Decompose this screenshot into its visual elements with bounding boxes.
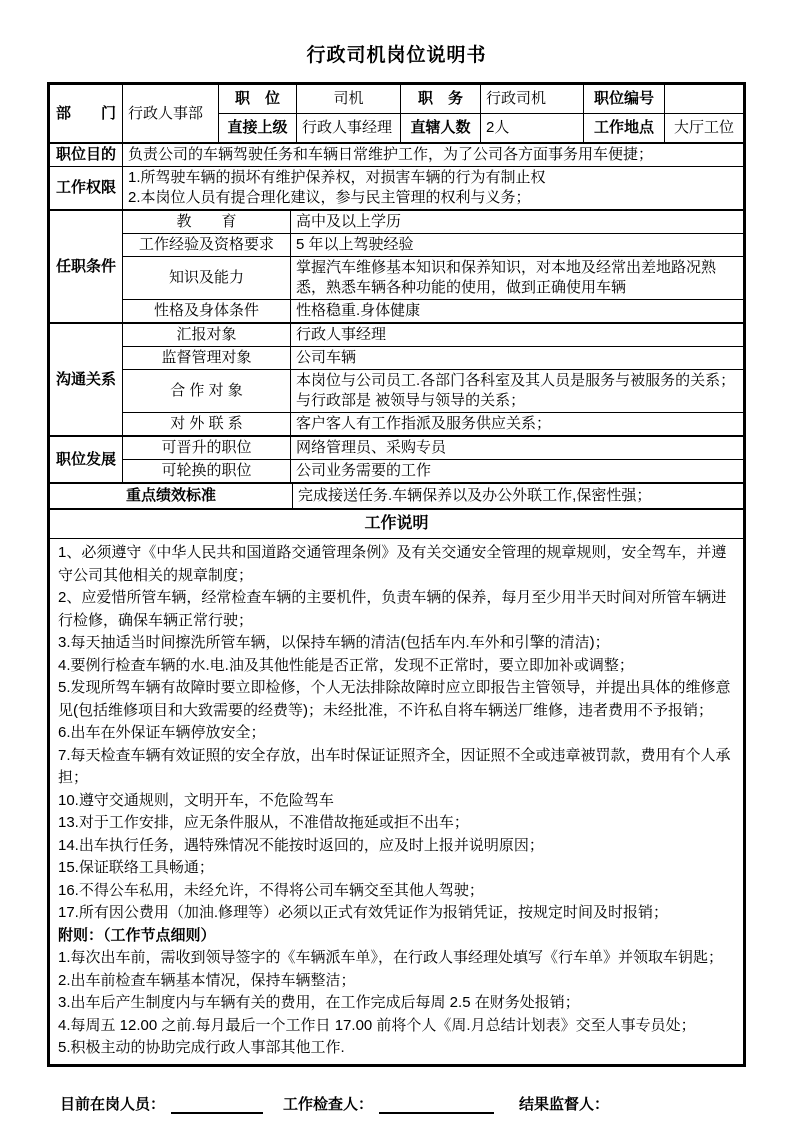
department-value: 行政人事部 bbox=[123, 85, 219, 143]
work-item: 16.不得公车私用，未经允许，不得将公司车辆交至其他人驾驶； bbox=[58, 880, 735, 903]
performance-value: 完成接送任务.车辆保养以及办公外联工作,保密性强； bbox=[293, 484, 744, 509]
work-description-content: 1、必须遵守《中华人民共和国道路交通管理条例》及有关交通安全管理的规章规则，安全… bbox=[50, 539, 744, 1065]
experience-label: 工作经验及资格要求 bbox=[123, 234, 291, 257]
rotation-label: 可轮换的职位 bbox=[123, 460, 291, 483]
work-item: 5.发现所驾车辆有故障时要立即检修，个人无法排除故障时应立即报告主管领导，并提出… bbox=[58, 677, 735, 722]
direct-superior-value: 行政人事经理 bbox=[297, 114, 401, 143]
work-location-value: 大厅工位 bbox=[665, 114, 744, 143]
work-item: 14.出车执行任务，遇特殊情况不能按时返回的，应及时上报并说明原因； bbox=[58, 835, 735, 858]
work-item: 2、应爱惜所管车辆，经常检查车辆的主要机件，负责车辆的保养，每月至少用半天时间对… bbox=[58, 587, 735, 632]
character-value: 性格稳重.身体健康 bbox=[291, 300, 744, 323]
external-contact-value: 客户客人有工作指派及服务供应关系； bbox=[291, 413, 744, 436]
current-staff-label: 目前在岗人员： bbox=[60, 1093, 165, 1114]
performance-label: 重点绩效标准 bbox=[50, 484, 293, 509]
work-description-section: 工作说明 1、必须遵守《中华人民共和国道路交通管理条例》及有关交通安全管理的规章… bbox=[49, 509, 744, 1065]
authority-label: 工作权限 bbox=[50, 167, 123, 210]
cooperation-label: 合 作 对 象 bbox=[123, 370, 291, 413]
appendix-item: 5.积极主动的协助完成行政人事部其他工作. bbox=[58, 1037, 735, 1060]
authority-line: 2.本岗位人员有提合理化建议，参与民主管理的权利与义务； bbox=[128, 188, 738, 208]
appendix-item: 4.每周五 12.00 之前.每月最后一个工作日 17.00 前将个人《周.月总… bbox=[58, 1015, 735, 1038]
rotation-value: 公司业务需要的工作 bbox=[291, 460, 744, 483]
position-label: 职 位 bbox=[219, 85, 297, 114]
authority-line: 1.所驾驶车辆的损坏有维护保养权，对损害车辆的行为有制止权 bbox=[128, 168, 738, 188]
position-code-value bbox=[665, 85, 744, 114]
header-section: 部 门 行政人事部 职 位 司机 职 务 行政司机 职位编号 直接上级 行政人事… bbox=[49, 84, 744, 143]
communication-section: 沟通关系 汇报对象 行政人事经理 监督管理对象 公司车辆 合 作 对 象 本岗位… bbox=[49, 323, 744, 436]
job-description-table: 部 门 行政人事部 职 位 司机 职 务 行政司机 职位编号 直接上级 行政人事… bbox=[47, 82, 746, 1067]
subordinates-value: 2人 bbox=[481, 114, 584, 143]
experience-value: 5 年以上驾驶经验 bbox=[291, 234, 744, 257]
current-staff-blank bbox=[171, 1097, 263, 1114]
work-description-title: 工作说明 bbox=[50, 510, 744, 539]
promotion-value: 网络管理员、采购专员 bbox=[291, 437, 744, 460]
work-item: 15.保证联络工具畅通； bbox=[58, 857, 735, 880]
duty-label: 职 务 bbox=[401, 85, 481, 114]
education-value: 高中及以上学历 bbox=[291, 211, 744, 234]
external-contact-label: 对 外 联 系 bbox=[123, 413, 291, 436]
department-label: 部 门 bbox=[50, 85, 123, 143]
purpose-label: 职位目的 bbox=[50, 144, 123, 167]
report-to-value: 行政人事经理 bbox=[291, 324, 744, 347]
purpose-value: 负责公司的车辆驾驶任务和车辆日常维护工作，为了公司各方面事务用车便捷； bbox=[123, 144, 744, 167]
work-item: 1、必须遵守《中华人民共和国道路交通管理条例》及有关交通安全管理的规章规则，安全… bbox=[58, 542, 735, 587]
communication-label: 沟通关系 bbox=[50, 324, 123, 436]
work-item: 7.每天检查车辆有效证照的安全存放，出车时保证证照齐全，因证照不全或违章被罚款，… bbox=[58, 745, 735, 790]
qualifications-section: 任职条件 教 育 高中及以上学历 工作经验及资格要求 5 年以上驾驶经验 知识及… bbox=[49, 210, 744, 323]
inspector-label: 工作检查人： bbox=[283, 1093, 373, 1114]
duty-value: 行政司机 bbox=[481, 85, 584, 114]
work-item: 4.要例行检查车辆的水.电.油及其他性能是否正常，发现不正常时，要立即加补或调整… bbox=[58, 655, 735, 678]
development-section: 职位发展 可晋升的职位 网络管理员、采购专员 可轮换的职位 公司业务需要的工作 bbox=[49, 436, 744, 483]
character-label: 性格及身体条件 bbox=[123, 300, 291, 323]
work-location-label: 工作地点 bbox=[584, 114, 665, 143]
work-item: 3.每天抽适当时间擦洗所管车辆，以保持车辆的清洁(包括车内.车外和引擎的清洁)； bbox=[58, 632, 735, 655]
work-item: 13.对于工作安排，应无条件服从，不准借故拖延或拒不出车； bbox=[58, 812, 735, 835]
appendix-item: 1.每次出车前，需收到领导签字的《车辆派车单》，在行政人事经理处填写《行车单》并… bbox=[58, 947, 735, 970]
signature-row: 目前在岗人员： 工作检查人： 结果监督人： bbox=[47, 1093, 746, 1114]
work-item: 17.所有因公费用（加油.修理等）必须以正式有效凭证作为报销凭证，按规定时间及时… bbox=[58, 902, 735, 925]
authority-value: 1.所驾驶车辆的损坏有维护保养权，对损害车辆的行为有制止权 2.本岗位人员有提合… bbox=[123, 167, 744, 210]
purpose-authority-section: 职位目的 负责公司的车辆驾驶任务和车辆日常维护工作，为了公司各方面事务用车便捷；… bbox=[49, 143, 744, 210]
subordinates-label: 直辖人数 bbox=[401, 114, 481, 143]
report-to-label: 汇报对象 bbox=[123, 324, 291, 347]
education-label: 教 育 bbox=[123, 211, 291, 234]
page-title: 行政司机岗位说明书 bbox=[0, 0, 793, 67]
appendix-title: 附则：（工作节点细则） bbox=[58, 925, 735, 948]
qualifications-label: 任职条件 bbox=[50, 211, 123, 323]
development-label: 职位发展 bbox=[50, 437, 123, 483]
work-item: 10.遵守交通规则，文明开车，不危险驾车 bbox=[58, 790, 735, 813]
position-value: 司机 bbox=[297, 85, 401, 114]
knowledge-label: 知识及能力 bbox=[123, 257, 291, 300]
position-code-label: 职位编号 bbox=[584, 85, 665, 114]
supervisor-label: 结果监督人： bbox=[519, 1093, 609, 1114]
work-item: 6.出车在外保证车辆停放安全； bbox=[58, 722, 735, 745]
inspector-blank bbox=[379, 1097, 494, 1114]
knowledge-value: 掌握汽车维修基本知识和保养知识，对本地及经常出差地路况熟悉，熟悉车辆各种功能的使… bbox=[291, 257, 744, 300]
cooperation-value: 本岗位与公司员工.各部门各科室及其人员是服务与被服务的关系；与行政部是 被领导与… bbox=[291, 370, 744, 413]
supervise-value: 公司车辆 bbox=[291, 347, 744, 370]
supervise-label: 监督管理对象 bbox=[123, 347, 291, 370]
appendix-item: 2.出车前检查车辆基本情况，保持车辆整洁； bbox=[58, 970, 735, 993]
direct-superior-label: 直接上级 bbox=[219, 114, 297, 143]
appendix-item: 3.出车后产生制度内与车辆有关的费用，在工作完成后每周 2.5 在财务处报销； bbox=[58, 992, 735, 1015]
promotion-label: 可晋升的职位 bbox=[123, 437, 291, 460]
job-description-document: 行政司机岗位说明书 部 门 行政人事部 职 位 司机 职 务 行政司机 职位编号… bbox=[0, 0, 793, 1122]
performance-section: 重点绩效标准 完成接送任务.车辆保养以及办公外联工作,保密性强； bbox=[49, 483, 744, 509]
